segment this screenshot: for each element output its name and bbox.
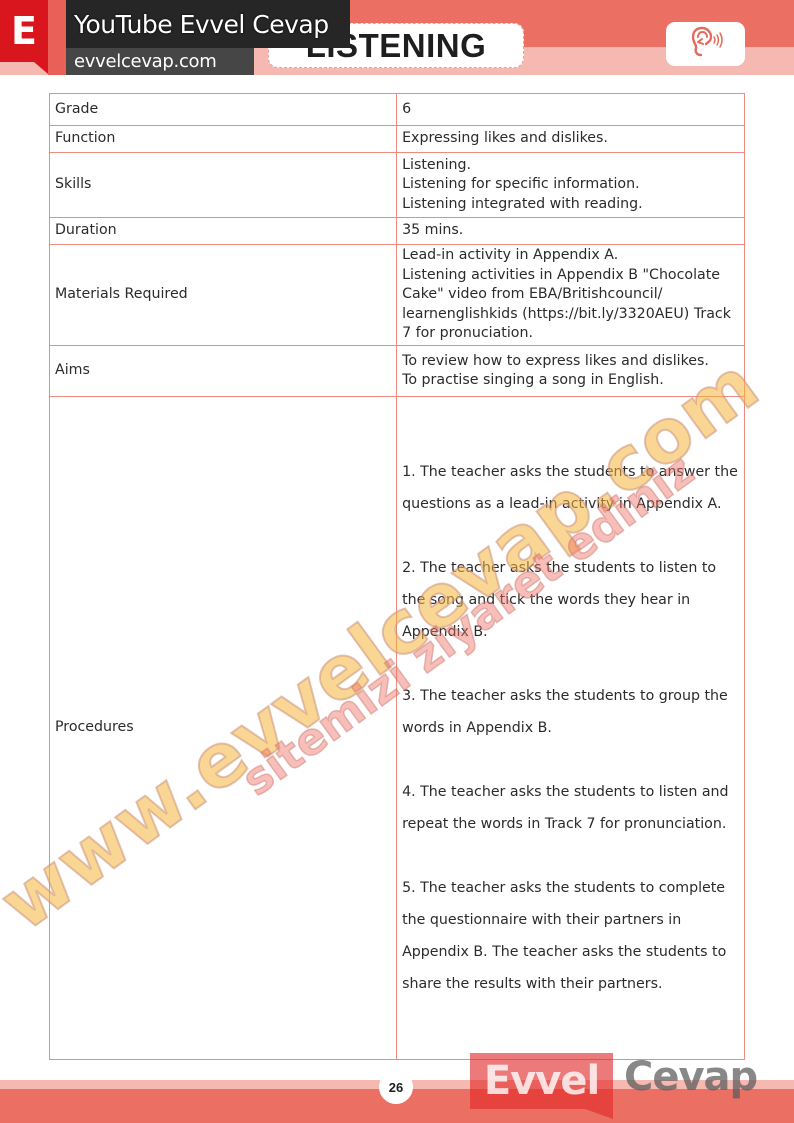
table-row: Materials Required Lead-in activity in A…	[50, 245, 745, 346]
row-label: Procedures	[50, 397, 397, 1060]
page-number: 26	[379, 1070, 413, 1104]
site-label: evvelcevap.com	[74, 51, 217, 72]
row-value: 1. The teacher asks the students to answ…	[397, 397, 745, 1060]
table-row: Function Expressing likes and dislikes.	[50, 126, 745, 153]
row-label: Duration	[50, 218, 397, 245]
brand-logo-letter: E	[11, 9, 37, 53]
brand-logo-tail	[34, 62, 48, 74]
value-line: Listening for specific information.	[402, 175, 739, 195]
ear-listening-icon	[687, 25, 725, 63]
youtube-label: YouTube Evvel Cevap	[74, 10, 329, 39]
row-value: Lead-in activity in Appendix A. Listenin…	[397, 245, 745, 346]
footer-brand-right: Cevap	[624, 1054, 757, 1100]
procedure-step: 1. The teacher asks the students to answ…	[402, 456, 739, 520]
brand-logo: E	[0, 0, 48, 62]
table-row: Duration 35 mins.	[50, 218, 745, 245]
listening-badge	[666, 22, 745, 66]
table-row: Grade 6	[50, 94, 745, 126]
row-value: 6	[397, 94, 745, 126]
value-line: Listening.	[402, 156, 739, 176]
lesson-plan-table: Grade 6 Function Expressing likes and di…	[49, 93, 745, 1060]
procedure-step: 5. The teacher asks the students to comp…	[402, 872, 739, 1000]
footer-brand-tail	[585, 1109, 613, 1119]
youtube-banner: YouTube Evvel Cevap	[66, 0, 350, 48]
row-value: To review how to express likes and disli…	[397, 346, 745, 397]
row-label: Function	[50, 126, 397, 153]
value-line: 35 mins.	[402, 221, 739, 241]
value-line: Listening activities in Appendix B "Choc…	[402, 266, 739, 344]
row-label: Grade	[50, 94, 397, 126]
procedures-list: 1. The teacher asks the students to answ…	[402, 456, 739, 1000]
page-number-text: 26	[389, 1080, 403, 1095]
procedure-step: 4. The teacher asks the students to list…	[402, 776, 739, 840]
row-value: Expressing likes and dislikes.	[397, 126, 745, 153]
value-line: Listening integrated with reading.	[402, 195, 739, 215]
value-line: Expressing likes and dislikes.	[402, 129, 739, 149]
row-value: 35 mins.	[397, 218, 745, 245]
row-label: Materials Required	[50, 245, 397, 346]
row-value: Listening. Listening for specific inform…	[397, 153, 745, 218]
table-row: Skills Listening. Listening for specific…	[50, 153, 745, 218]
value-line: Lead-in activity in Appendix A.	[402, 246, 739, 266]
row-label: Aims	[50, 346, 397, 397]
procedure-step: 2. The teacher asks the students to list…	[402, 552, 739, 648]
table-row: Procedures 1. The teacher asks the stude…	[50, 397, 745, 1060]
footer-brand-left: Evvel	[484, 1058, 599, 1104]
value-line: 6	[402, 100, 739, 120]
row-label: Skills	[50, 153, 397, 218]
procedure-step: 3. The teacher asks the students to grou…	[402, 680, 739, 744]
footer-brand-logo: Evvel	[470, 1053, 613, 1109]
table-row: Aims To review how to express likes and …	[50, 346, 745, 397]
value-line: To review how to express likes and disli…	[402, 352, 739, 372]
site-banner: evvelcevap.com	[66, 48, 254, 75]
value-line: To practise singing a song in English.	[402, 371, 739, 391]
brand-strip	[48, 0, 66, 75]
